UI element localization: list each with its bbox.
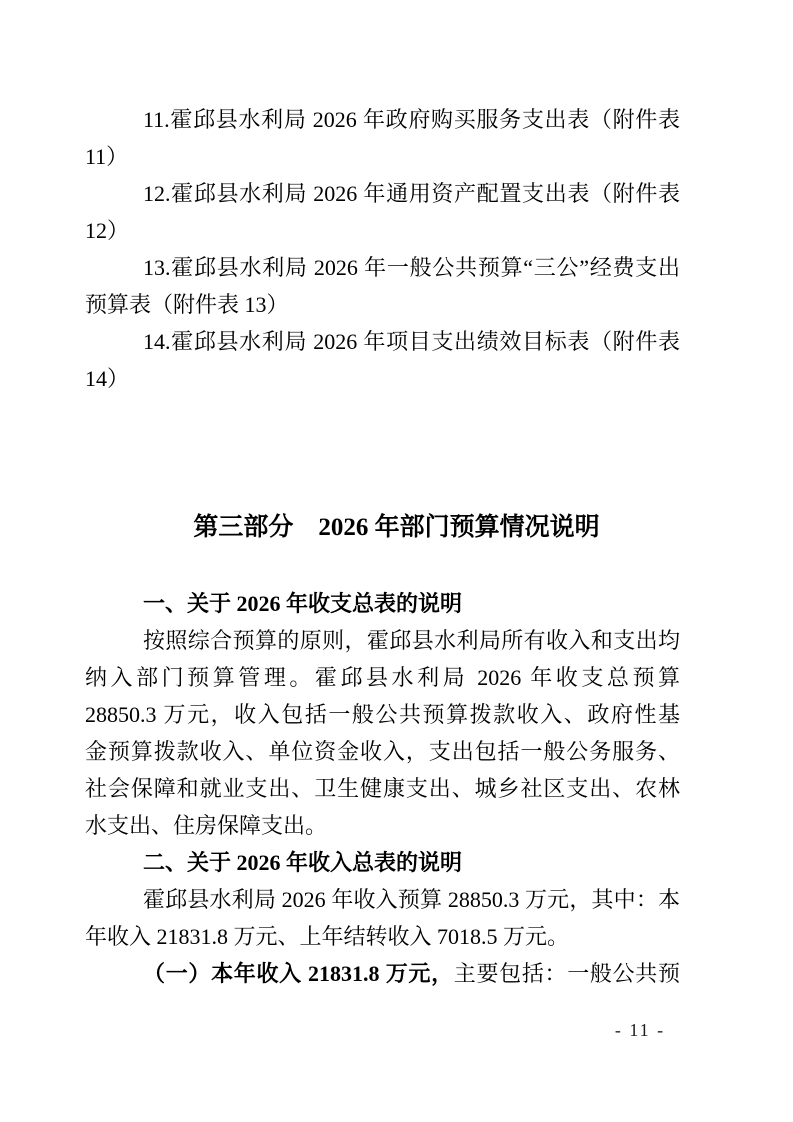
subsection2-para-line-2: 年收入 21831.8 万元、上年结转收入 7018.5 万元。 <box>85 918 680 955</box>
attachment-item-13-line-2: 预算表（附件表 13） <box>85 286 680 323</box>
subsection1-para-line-2: 纳入部门预算管理。霍邱县水利局 2026 年收支总预算 <box>85 659 680 696</box>
attachment-item-14-line-1: 14.霍邱县水利局 2026 年项目支出绩效目标表（附件表 <box>85 323 680 360</box>
attachment-item-11-line-1: 11.霍邱县水利局 2026 年政府购买服务支出表（附件表 <box>85 101 680 138</box>
attachment-item-12-line-1: 12.霍邱县水利局 2026 年通用资产配置支出表（附件表 <box>85 175 680 212</box>
page-number: - 11 - <box>600 1014 680 1046</box>
heading-spacer <box>85 548 680 585</box>
attachment-item-14-line-2: 14） <box>85 360 680 397</box>
subsection1-para-line-4: 金预算拨款收入、单位资金收入，支出包括一般公务服务、 <box>85 733 680 770</box>
subsection2-heading: 二、关于 2026 年收入总表的说明 <box>85 844 680 881</box>
part3-heading: 第三部分 2026 年部门预算情况说明 <box>99 508 694 548</box>
subsection2-item-1-rest-text: 主要包括：一般公共预 <box>454 961 680 986</box>
subsection2-para-line-1: 霍邱县水利局 2026 年收入预算 28850.3 万元，其中：本 <box>85 881 680 918</box>
subsection2-item-1-bold-text: （一）本年收入 21831.8 万元， <box>143 961 454 986</box>
attachment-item-11-line-2: 11） <box>85 138 680 175</box>
subsection1-para-line-3: 28850.3 万元，收入包括一般公共预算拨款收入、政府性基 <box>85 696 680 733</box>
attachment-item-13-line-1: 13.霍邱县水利局 2026 年一般公共预算“三公”经费支出 <box>85 249 680 286</box>
subsection2-item-1-line: （一）本年收入 21831.8 万元，主要包括：一般公共预 <box>85 955 680 992</box>
subsection1-para-line-6: 水支出、住房保障支出。 <box>85 807 680 844</box>
section-spacer <box>85 397 680 508</box>
subsection1-heading: 一、关于 2026 年收支总表的说明 <box>85 585 680 622</box>
attachment-item-12-line-2: 12） <box>85 212 680 249</box>
document-body: 11.霍邱县水利局 2026 年政府购买服务支出表（附件表 11） 12.霍邱县… <box>85 101 680 992</box>
subsection1-para-line-1: 按照综合预算的原则，霍邱县水利局所有收入和支出均 <box>85 622 680 659</box>
document-page: 11.霍邱县水利局 2026 年政府购买服务支出表（附件表 11） 12.霍邱县… <box>0 0 793 1122</box>
subsection1-para-line-5: 社会保障和就业支出、卫生健康支出、城乡社区支出、农林 <box>85 770 680 807</box>
